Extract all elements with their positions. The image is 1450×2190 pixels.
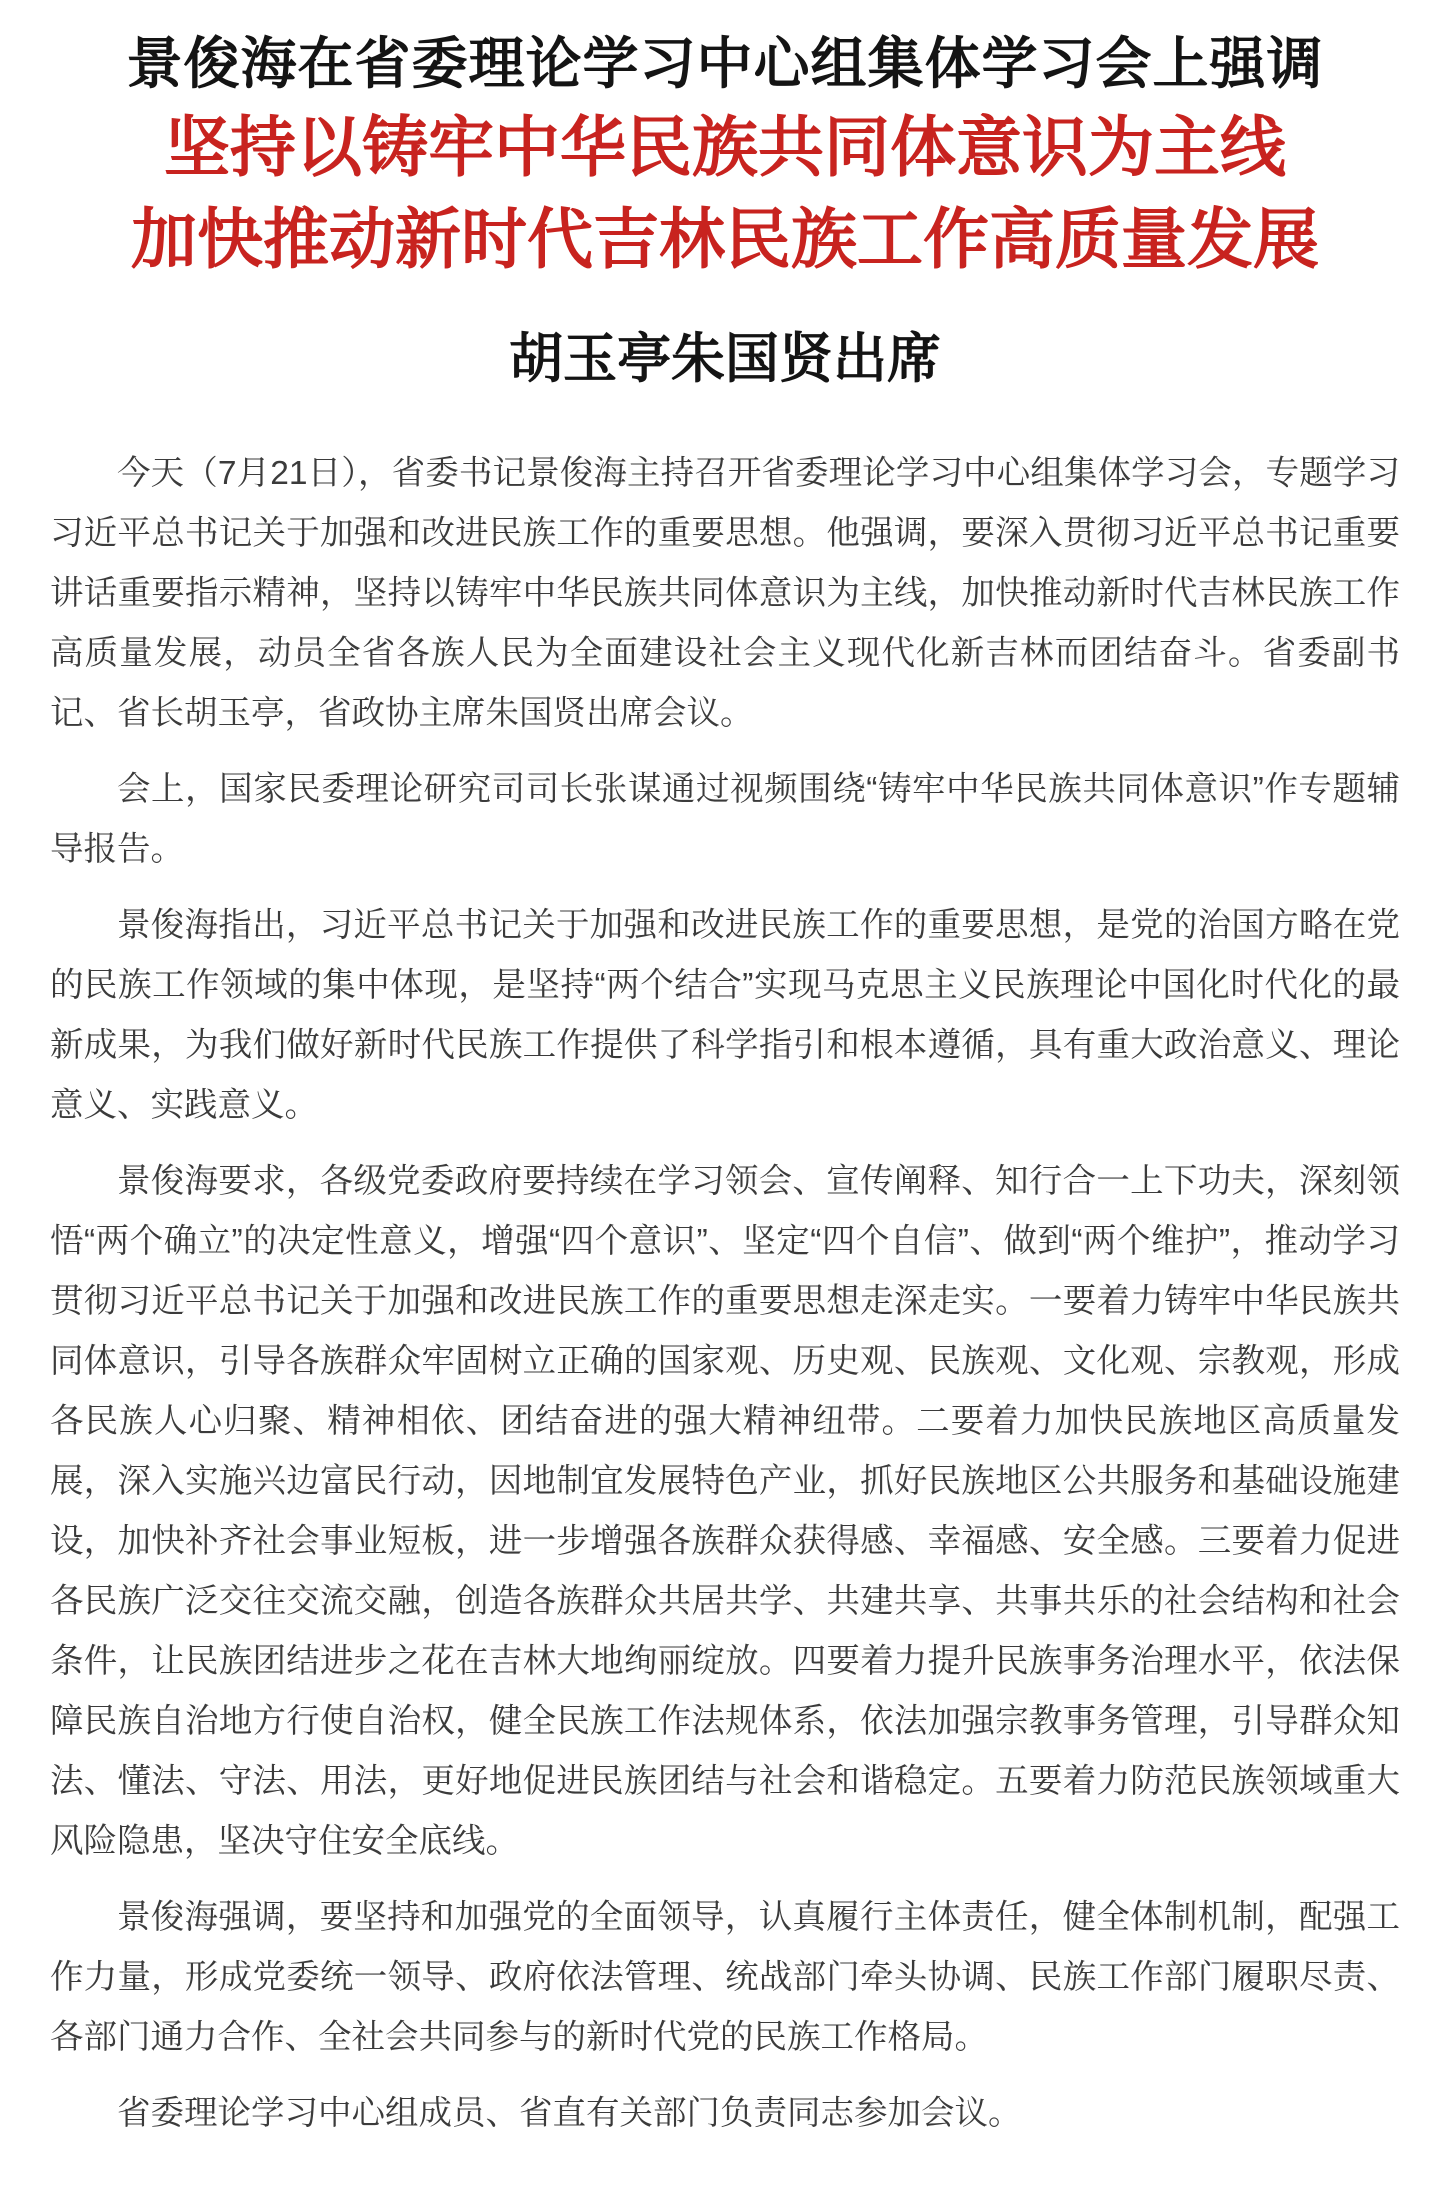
article-subheadline: 胡玉亭朱国贤出席 <box>50 327 1400 392</box>
paragraph-3: 景俊海指出，习近平总书记关于加强和改进民族工作的重要思想，是党的治国方略在党的民… <box>50 896 1400 1136</box>
article-main-headline: 坚持以铸牢中华民族共同体意识为主线 加快推动新时代吉林民族工作高质量发展 <box>50 101 1400 285</box>
paragraph-4: 景俊海要求，各级党委政府要持续在学习领会、宣传阐释、知行合一上下功夫，深刻领悟“… <box>50 1152 1400 1872</box>
paragraph-2: 会上，国家民委理论研究司司长张谋通过视频围绕“铸牢中华民族共同体意识”作专题辅导… <box>50 760 1400 880</box>
paragraph-1: 今天（7月21日），省委书记景俊海主持召开省委理论学习中心组集体学习会，专题学习… <box>50 444 1400 744</box>
main-headline-line-2: 加快推动新时代吉林民族工作高质量发展 <box>50 193 1400 285</box>
article-body: 今天（7月21日），省委书记景俊海主持召开省委理论学习中心组集体学习会，专题学习… <box>50 444 1400 2144</box>
paragraph-6: 省委理论学习中心组成员、省直有关部门负责同志参加会议。 <box>50 2084 1400 2144</box>
main-headline-line-1: 坚持以铸牢中华民族共同体意识为主线 <box>50 101 1400 193</box>
article-overline-headline: 景俊海在省委理论学习中心组集体学习会上强调 <box>50 32 1400 99</box>
paragraph-5: 景俊海强调，要坚持和加强党的全面领导，认真履行主体责任，健全体制机制，配强工作力… <box>50 1888 1400 2068</box>
article-page: 景俊海在省委理论学习中心组集体学习会上强调 坚持以铸牢中华民族共同体意识为主线 … <box>0 0 1450 2190</box>
